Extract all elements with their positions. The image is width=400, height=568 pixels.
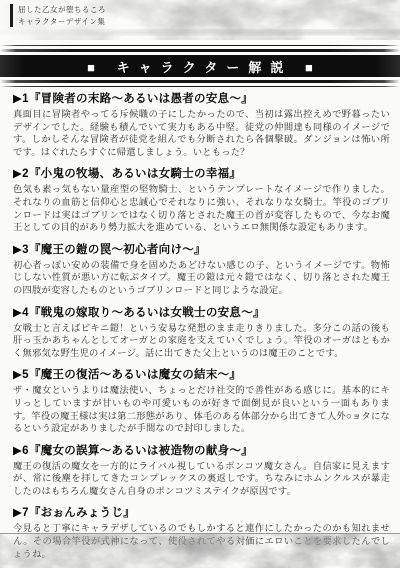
bottom-divider-line <box>0 533 400 534</box>
commentary-section-4: ▶4『戦鬼の嫁取り〜あるいは女戦士の安息〜』 女戦士と言えばビキニ鎧！という安易… <box>13 306 390 360</box>
section-title: ▶4『戦鬼の嫁取り〜あるいは女戦士の安息〜』 <box>13 306 390 320</box>
divider-line <box>0 80 400 83</box>
commentary-list: ▶1『冒険者の末路〜あるいは愚者の安息〜』 真面目に冒険者やってる斥候職の子にし… <box>13 92 390 560</box>
section-title: ▶6『魔女の誤算〜あるいは被造物の献身〜』 <box>13 444 390 458</box>
section-title: ▶3『魔王の鎧の罠〜初心者向け〜』 <box>13 243 390 257</box>
commentary-section-2: ▶2『小鬼の牧場、あるいは女騎士の幸福』 色気も素っ気もない量産型の堅物騎士、と… <box>13 167 390 233</box>
commentary-section-3: ▶3『魔王の鎧の罠〜初心者向け〜』 初心者っぽい安めの装備で身を固めたあどけない… <box>13 243 390 297</box>
commentary-section-6: ▶6『魔女の誤算〜あるいは被造物の献身〜』 魔王の復活の魔女を一方的にライバル視… <box>13 444 390 498</box>
section-body: ザ・魔女というよりは魔法使い、ちょっとだけ社交的で善性がある感じに。基本的にキリ… <box>13 384 390 434</box>
section-title: ▶2『小鬼の牧場、あるいは女騎士の幸福』 <box>13 167 390 181</box>
section-title: ▶1『冒険者の末路〜あるいは愚者の安息〜』 <box>13 92 390 106</box>
section-body: 今見ると丁寧にキャラデザしているのでもしかすると連作にしたかったのかも知れません… <box>13 522 390 560</box>
section-body: 初心者っぽい安めの装備で身を固めたあどけない感じの子、というイメージです。物怖じ… <box>13 259 390 297</box>
section-body: 色気も素っ気もない量産型の堅物騎士、というテンプレートなイメージで作りました。そ… <box>13 183 390 233</box>
divider-line <box>0 86 400 87</box>
section-title: ▶5『魔王の復活〜あるいは魔女の結末〜』 <box>13 368 390 382</box>
section-body: 真面目に冒険者やってる斥候職の子にしたかったので、当初は露出控えめで野暮ったいデ… <box>13 108 390 158</box>
booklet-title: 屈した乙女が堕ちるころ <box>18 4 106 16</box>
section-body: 魔王の復活の魔女を一方的にライバル視しているポンコツ魔女さん。自信家に見えますが… <box>13 460 390 498</box>
booklet-credit: 屈した乙女が堕ちるころ キャラクターデザイン集 <box>10 4 106 27</box>
booklet-subtitle: キャラクターデザイン集 <box>18 16 106 28</box>
section-title: ▶7『おぉんみょうじ』 <box>13 506 390 520</box>
section-body: 女戦士と言えばビキニ鎧！という安易な発想のまま走りきりました。多分この話の後も肝… <box>13 322 390 360</box>
commentary-section-5: ▶5『魔王の復活〜あるいは魔女の結末〜』 ザ・魔女というよりは魔法使い、ちょっと… <box>13 368 390 434</box>
header-title-bar: ■ キャラクター解説 ■ <box>0 55 400 77</box>
section-header: ■ キャラクター解説 ■ <box>0 45 400 87</box>
commentary-section-1: ▶1『冒険者の末路〜あるいは愚者の安息〜』 真面目に冒険者やってる斥候職の子にし… <box>13 92 390 158</box>
divider-line <box>0 49 400 52</box>
scanned-page: 屈した乙女が堕ちるころ キャラクターデザイン集 ■ キャラクター解説 ■ ▶1『… <box>0 0 400 568</box>
divider-line <box>0 45 400 46</box>
top-gray-band <box>0 29 400 36</box>
